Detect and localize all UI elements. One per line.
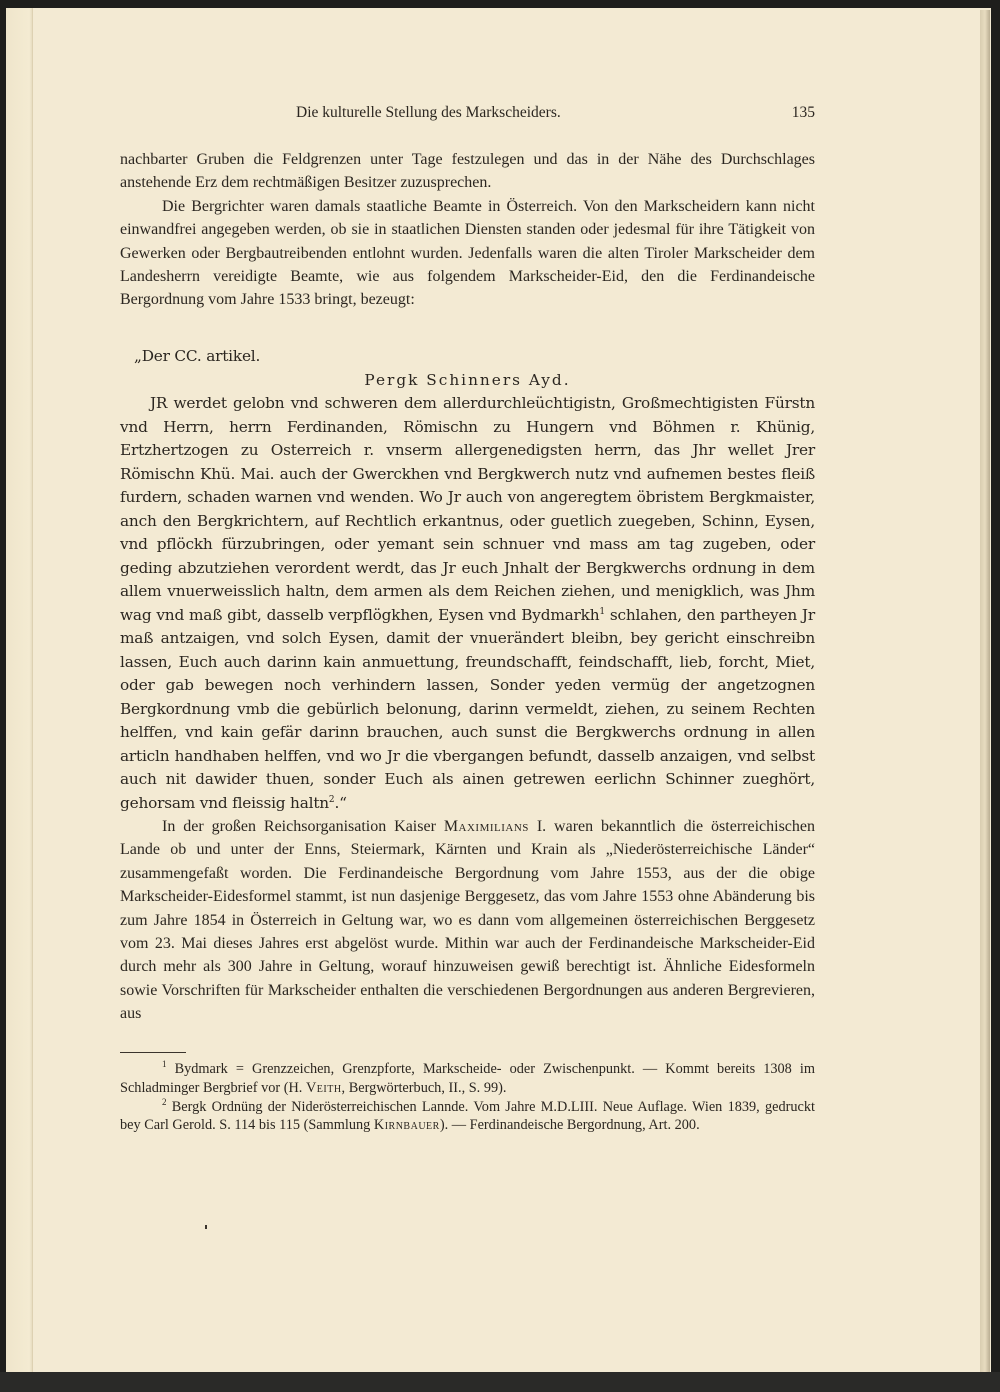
- page-gutter: [6, 8, 33, 1378]
- footnote-divider: [120, 1052, 186, 1053]
- author-name: Veith: [306, 1080, 342, 1096]
- quote-article-heading: „Der CC. artikel.: [120, 345, 815, 369]
- footnote-text-cont: , Bergwörterbuch, II., S. 99).: [342, 1080, 507, 1096]
- running-header: Die kulturelle Stellung des Markscheider…: [120, 104, 815, 128]
- quote-body: JR werdet gelobn vnd schweren dem allerd…: [120, 392, 815, 815]
- quote-closing: .“: [334, 794, 346, 812]
- footnote-1: 1 Bydmark = Grenzzeichen, Grenzpforte, M…: [120, 1060, 815, 1098]
- body-text-bottom: In der großen Reichsorganisation Kaiser …: [120, 815, 815, 1026]
- quote-title: Pergk Schinners Ayd.: [120, 369, 815, 393]
- paragraph-3-text: In der großen Reichsorganisation Kaiser: [162, 818, 444, 835]
- paragraph-3-text-cont: I. waren bekanntlich die österreichische…: [120, 818, 815, 1022]
- paragraph-1: nachbarter Gruben die Feldgrenzen unter …: [120, 148, 815, 195]
- collection-name: Kirnbauer: [374, 1117, 440, 1133]
- paragraph-3: In der großen Reichsorganisation Kaiser …: [120, 815, 815, 1026]
- body-text-top: nachbarter Gruben die Feldgrenzen unter …: [120, 148, 815, 312]
- page-edge: [980, 10, 990, 1382]
- paragraph-2: Die Bergrichter waren damals staatliche …: [120, 195, 815, 312]
- footnotes: 1 Bydmark = Grenzzeichen, Grenzpforte, M…: [120, 1060, 815, 1135]
- person-name: Maximilians: [444, 818, 529, 835]
- quote-text-part-2: schlahen, den partheyen Jr maß antzaigen…: [120, 606, 815, 812]
- oath-quote: „Der CC. artikel. Pergk Schinners Ayd. J…: [120, 345, 815, 815]
- footnote-text-cont: ). — Ferdinandeische Bergordnung, Art. 2…: [440, 1117, 700, 1133]
- scan-speck: [205, 1225, 207, 1229]
- page-number: 135: [792, 104, 815, 122]
- footnote-2: 2 Bergk Ordnüng der Niderösterreichische…: [120, 1098, 815, 1136]
- quote-text-part-1: JR werdet gelobn vnd schweren dem allerd…: [120, 394, 815, 624]
- scan-border: [0, 1372, 1000, 1392]
- running-title: Die kulturelle Stellung des Markscheider…: [296, 104, 561, 122]
